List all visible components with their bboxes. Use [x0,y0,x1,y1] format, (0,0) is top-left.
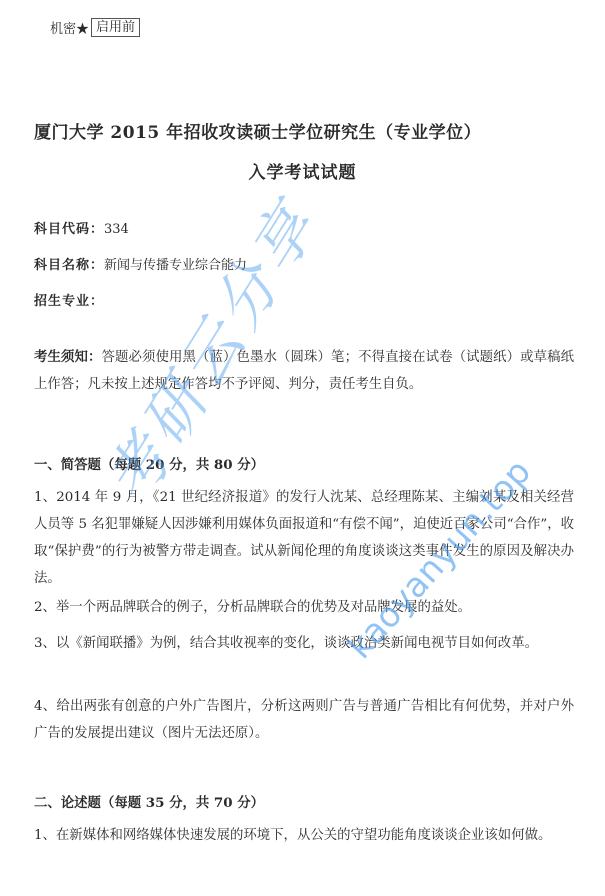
question-2-1: 1、在新媒体和网络媒体快速发展的环境下，从公关的守望功能角度谈谈企业该如何做。 [34,822,574,849]
exam-title: 厦门大学 2015 年招收攻读硕士学位研究生（专业学位） [34,118,574,143]
notice-text: 答题必须使用黑（蓝）色墨水（圆珠）笔；不得直接在试卷（试题纸）或草稿纸上作答；凡… [34,350,574,392]
candidate-notice: 考生须知：答题必须使用黑（蓝）色墨水（圆珠）笔；不得直接在试卷（试题纸）或草稿纸… [34,344,574,398]
status-box: 启用前 [91,18,140,37]
classification-label: 机密★ [50,18,89,37]
subject-code-value: 334 [104,222,129,237]
question-1-4: 4、给出两张有创意的户外广告图片，分析这两则广告与普通广告相比有何优势，并对户外… [34,693,574,747]
enrollment-major: 招生专业： [34,290,104,309]
subject-code-label: 科目代码： [34,222,104,237]
section-heading-short-answer: 一、简答题（每题 20 分，共 80 分） [34,454,264,473]
enrollment-major-label: 招生专业： [34,294,104,309]
subject-code: 科目代码：334 [34,218,129,237]
question-1-3: 3、以《新闻联播》为例，结合其收视率的变化，谈谈政治类新闻电视节目如何改革。 [34,630,574,657]
question-1-2: 2、举一个两品牌联合的例子，分析品牌联合的优势及对品牌发展的益处。 [34,594,574,621]
subject-name: 科目名称：新闻与传播专业综合能力 [34,254,247,273]
classification-header: 机密★ 启用前 [50,18,140,37]
subject-name-label: 科目名称： [34,258,104,273]
section-heading-essay: 二、论述题（每题 35 分，共 70 分） [34,792,264,811]
subject-name-value: 新闻与传播专业综合能力 [104,258,247,273]
exam-page: 机密★ 启用前 厦门大学 2015 年招收攻读硕士学位研究生（专业学位） 入学考… [0,0,605,896]
notice-label: 考生须知： [34,349,102,365]
exam-subtitle: 入学考试试题 [0,158,605,183]
question-1-1: 1、2014 年 9 月，《21 世纪经济报道》的发行人沈某、总经理陈某、主编刘… [34,484,574,592]
